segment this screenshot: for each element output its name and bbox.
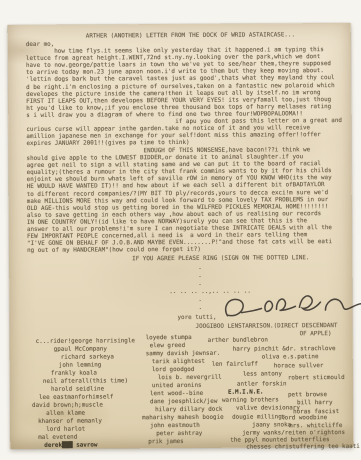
signed-name: derek███ savrow xyxy=(44,443,97,450)
signed-name: dougie millings xyxy=(232,414,285,421)
dotted-line-mark: . xyxy=(198,265,202,272)
signed-name: bill harry xyxy=(297,400,333,407)
typed-signature-line2: OF APPLE) xyxy=(300,331,332,338)
valediction: yore tutti, xyxy=(177,315,216,322)
signed-name: richard sarkeya xyxy=(61,354,114,361)
dotted-line-mark: . xyxy=(198,297,202,304)
signed-name: pett browse xyxy=(288,392,327,399)
signed-name: mrs. whitcliffe xyxy=(289,423,342,430)
signed-names-list xyxy=(8,23,351,25)
dotted-line-mark: .. .. .. ..,.. .. .. .. xyxy=(169,289,251,296)
letter-paper: ARTHER (ANOTHER) LETTER FROM THE DOCK OF… xyxy=(8,23,354,449)
signed-name: united aronins xyxy=(152,383,202,390)
signed-name: maharishy mahesh boogie xyxy=(142,415,224,422)
signed-name: c...rider!george harrisingle xyxy=(36,338,135,345)
signed-name: lee eastmanforhimself xyxy=(39,394,114,401)
agree-line: IF YOU AGREE PLEASE RING (SIGN ON THE DO… xyxy=(132,255,309,263)
nonsense-paragraph: ENOUGH OF THIS NONSENSE,have bacon!??i t… xyxy=(26,147,332,255)
signed-name: john eastmouth xyxy=(150,423,200,430)
signed-name: less antony xyxy=(243,371,282,378)
signed-name: allen klame xyxy=(46,411,85,418)
dotted-sign-line xyxy=(8,23,351,25)
letter-photo: { "colors": { "paper": "#e9ddc3", "typew… xyxy=(0,0,361,460)
signed-name: dane joesphlick/jew xyxy=(150,399,217,406)
dotted-line-mark: . xyxy=(198,305,202,312)
signed-name: gpaul McCompany xyxy=(54,346,107,353)
curse-paragraph: if apu you dont pass this letter on a gr… xyxy=(26,118,342,148)
typed-signature-line1: JOOGIBOO LENSTARRISON.(DIRECT DESCENDANT xyxy=(196,323,338,331)
signed-name: tarik alightest xyxy=(152,359,205,366)
signed-name: E.M.I.N.E. xyxy=(228,389,264,396)
signed-name: warning brothers xyxy=(222,397,279,404)
signed-name: khanser of memanly xyxy=(38,418,102,425)
signed-name: arther bundlebron xyxy=(208,337,268,344)
signed-name: hilary dillary dock xyxy=(155,407,222,414)
signed-name: lord woodbine xyxy=(281,415,327,422)
signed-name: elew greed xyxy=(150,343,186,350)
signed-name: neil afterall(this time) xyxy=(43,378,128,385)
signed-name: peter ashtray xyxy=(156,431,202,438)
signed-name: harold seidline xyxy=(51,386,104,393)
signed-name: mal evetend xyxy=(38,435,77,442)
signed-name: jermy wanks/reiten o'rightons xyxy=(242,430,345,437)
signed-name: harry pinchit &dr. strachlove xyxy=(233,346,336,353)
signed-name: lois b. nevergrill xyxy=(158,375,222,382)
signed-name: the ppyl mounted butterflies xyxy=(230,437,329,444)
signed-name: lent wood--bine xyxy=(150,391,203,398)
letter-title: ARTHER (ANOTHER) LETTER FROM THE DOCK OF… xyxy=(86,32,295,40)
signed-name: loyede stumpa xyxy=(146,335,192,342)
signed-name: horace sullver xyxy=(274,363,324,370)
signed-name: lord harlot xyxy=(46,427,85,434)
signed-name: len faircluff xyxy=(212,362,258,369)
signed-name: david brown;h;muscle xyxy=(32,402,103,409)
signed-name: frankly koala xyxy=(51,371,97,378)
signed-name: valive devisionary xyxy=(236,405,300,412)
signed-name: antler forskin xyxy=(237,381,287,388)
signed-name: prik james xyxy=(148,439,184,446)
signed-name: oliva e.s.patine xyxy=(262,354,319,361)
signed-name: lord goodgod xyxy=(152,367,195,374)
signed-name: john lemming xyxy=(59,362,102,369)
signed-name: chesses christuffering tee kaati. xyxy=(246,444,361,451)
opening-paragraph: dear mo, how time flys.it seems like onl… xyxy=(26,40,335,120)
signed-name: robert sticmould xyxy=(288,375,345,382)
dotted-line-mark: . xyxy=(198,281,202,288)
signed-name: jaany snoka xyxy=(252,422,291,429)
dotted-line-mark: . xyxy=(198,273,202,280)
signed-name: sammy davish jewnsar. xyxy=(146,351,221,358)
